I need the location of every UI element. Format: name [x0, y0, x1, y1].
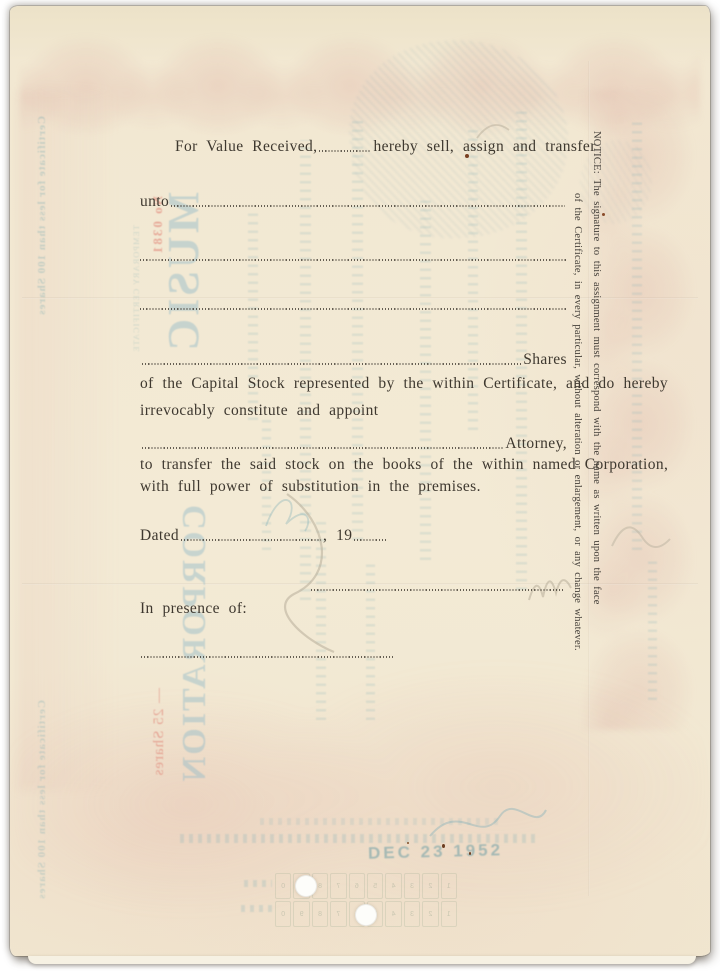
punch-cell: 0 [275, 901, 291, 927]
punch-cell: 5 [367, 873, 383, 899]
capital-stock-line2: irrevocably constitute and appoint [140, 403, 378, 419]
paper-speck [442, 844, 445, 848]
punch-cell: 2 [422, 901, 438, 927]
bleed-company-word-music: MUSIC [158, 192, 209, 352]
notice-legend: NOTICE: The signature to this assignment… [560, 131, 606, 689]
bleed-script-center [256, 464, 318, 536]
punch-grid-label-row1 [244, 880, 272, 887]
bleed-text-strip [516, 110, 527, 590]
value-received-text: For Value Received, [175, 139, 317, 155]
in-presence-label: In presence of: [140, 601, 247, 617]
punch-grid-label-row2 [241, 905, 273, 912]
shares-line: Shares [140, 352, 567, 368]
punch-cell: 0 [275, 873, 291, 899]
punch-hole-1 [295, 875, 317, 897]
dated-label: Dated [140, 528, 179, 544]
bleed-text-strip [632, 120, 642, 550]
punch-cell: 9 [293, 901, 309, 927]
certificate-back-paper: Certificate for less than 100 Shares Cer… [10, 6, 710, 956]
bleed-share-count-note: — 25 Shares [151, 688, 168, 823]
punch-cell: 2 [422, 873, 438, 899]
punch-cell: 7 [330, 901, 346, 927]
punch-cell: 3 [404, 901, 420, 927]
bleed-edge-note-line2: than 100 Shares [36, 226, 48, 316]
witness-signature-line [141, 656, 394, 658]
bleed-edge-note-bottom: Certificate for less than 100 Shares [36, 700, 48, 880]
dated-line: Dated , 19 [140, 528, 388, 544]
blank-line-2 [140, 259, 567, 261]
pencil-scribble-right [602, 504, 674, 566]
assignor-signature-line [311, 589, 564, 591]
fill-in-blank-dots [319, 150, 371, 152]
punch-cell: 3 [404, 873, 420, 899]
unto-line: unto [140, 194, 567, 210]
bleed-text-strip [648, 560, 657, 700]
transfer-line2: with full power of substitution in the p… [140, 479, 481, 495]
punch-cell: 1 [441, 901, 457, 927]
bleed-text-strip [366, 560, 375, 720]
paper-speck [407, 842, 409, 844]
bleed-text-strip [352, 120, 363, 540]
year-blank-line [354, 539, 388, 541]
attorney-blank-line [142, 447, 503, 449]
bleed-edge-note-top: Certificate for less than 100 Shares [36, 116, 48, 296]
dated-blank-line [181, 539, 321, 541]
bleed-signature-scribble [420, 790, 552, 852]
notice-line2: of the Certificate, in every particular,… [568, 131, 587, 689]
unto-blank-line [171, 205, 565, 207]
punch-cell: 8 [312, 901, 328, 927]
punch-cell: 7 [330, 873, 346, 899]
bleed-edge-note-line1b: Certificate for less [36, 700, 48, 806]
bleed-edge-note-line1: Certificate for less [36, 116, 48, 222]
unto-label: unto [140, 194, 169, 210]
attorney-label: Attorney, [505, 436, 567, 452]
notice-line1: NOTICE: The signature to this assignment… [587, 131, 606, 689]
value-received-line: For Value Received, hereby sell, assign … [175, 139, 566, 155]
punch-hole-2 [355, 904, 377, 926]
shares-blank-line [142, 363, 521, 365]
punch-cell: 4 [385, 901, 401, 927]
punch-cell: 4 [385, 873, 401, 899]
bleed-edge-note-line2b: than 100 Shares [36, 810, 48, 900]
blank-line-3 [140, 308, 567, 310]
punch-cell: 1 [441, 873, 457, 899]
paper-speck [469, 852, 471, 855]
punch-cell: 6 [349, 873, 365, 899]
year-prefix: , 19 [323, 528, 352, 544]
attorney-line: Attorney, [140, 436, 567, 452]
pink-wash-left [18, 90, 118, 790]
